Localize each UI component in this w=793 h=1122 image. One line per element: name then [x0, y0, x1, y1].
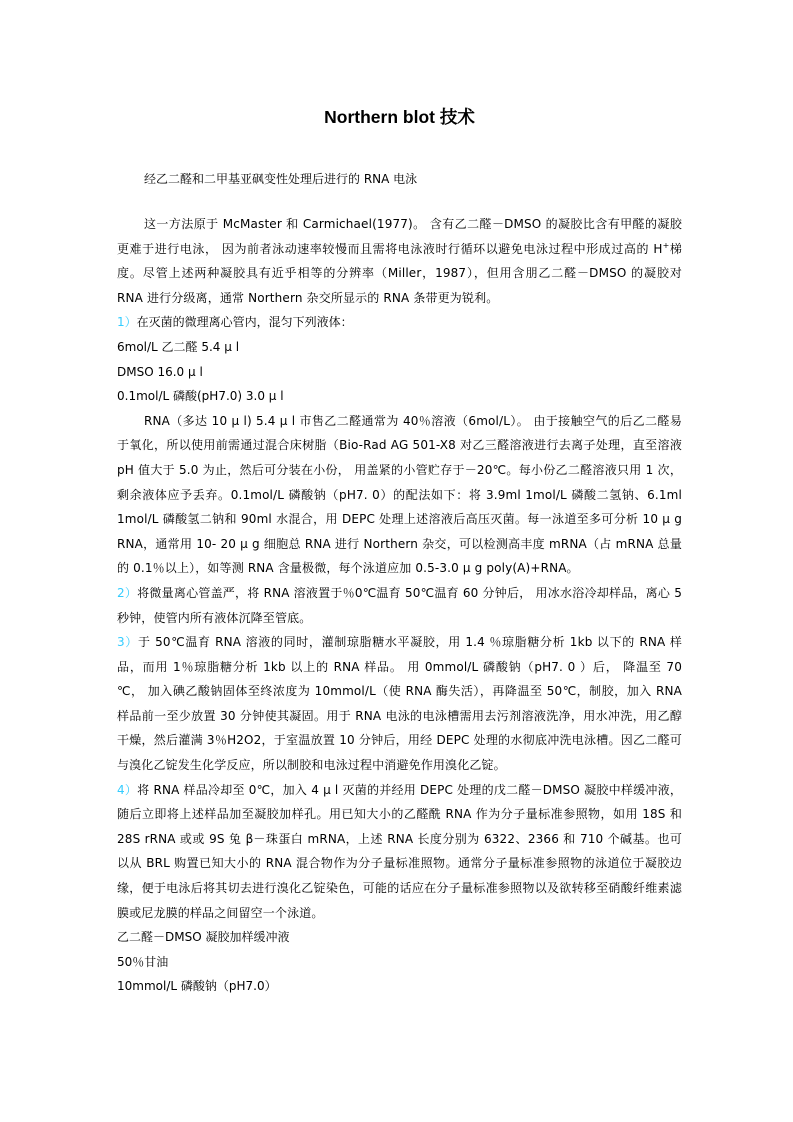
- reagent-line: 6mol/L 乙二醛 5.4 μ l: [117, 335, 682, 360]
- step-text: 在灭菌的微理离心管内，混匀下列液体：: [137, 315, 353, 329]
- step-text: 将 RNA 样品冷却至 0℃，加入 4 μ l 灭菌的并经用 DEPC 处理的戊…: [117, 783, 682, 920]
- intro-paragraph: 这一方法原于 McMaster 和 Carmichael(1977)。 含有乙二…: [117, 212, 682, 310]
- step-1-note: RNA（多达 10 μ l) 5.4 μ l 市售乙二醛通常为 40％溶液（6m…: [117, 409, 682, 581]
- buffer-item: 50％甘油: [117, 950, 682, 975]
- step-text: 将微量离心管盖严，将 RNA 溶液置于％0℃温育 50℃温育 60 分钟后， 用…: [117, 586, 682, 625]
- step-marker: 4）: [117, 783, 137, 797]
- step-marker: 2）: [117, 586, 137, 600]
- reagent-line: DMSO 16.0 μ l: [117, 360, 682, 385]
- step-1: 1）在灭菌的微理离心管内，混匀下列液体：: [117, 310, 682, 335]
- buffer-item: 10mmol/L 磷酸钠（pH7.0）: [117, 974, 682, 999]
- step-text: 于 50℃温育 RNA 溶液的同时，灌制琼脂糖水平凝胶，用 1.4 ％琼脂糖分析…: [117, 635, 682, 772]
- step-2: 2）将微量离心管盖严，将 RNA 溶液置于％0℃温育 50℃温育 60 分钟后，…: [117, 581, 682, 630]
- document-title: Northern blot 技术: [117, 104, 682, 129]
- document-body: 这一方法原于 McMaster 和 Carmichael(1977)。 含有乙二…: [117, 212, 682, 999]
- reagent-line: 0.1mol/L 磷酸(pH7.0) 3.0 μ l: [117, 384, 682, 409]
- buffer-title: 乙二醛－DMSO 凝胶加样缓冲液: [117, 925, 682, 950]
- step-marker: 1）: [117, 315, 137, 329]
- section-subtitle: 经乙二醛和二甲基亚砜变性处理后进行的 RNA 电泳: [144, 170, 417, 187]
- step-3: 3）于 50℃温育 RNA 溶液的同时，灌制琼脂糖水平凝胶，用 1.4 ％琼脂糖…: [117, 630, 682, 778]
- step-4: 4）将 RNA 样品冷却至 0℃，加入 4 μ l 灭菌的并经用 DEPC 处理…: [117, 778, 682, 926]
- intro-text-a: 这一方法原于 McMaster 和 Carmichael(1977)。 含有乙二…: [117, 217, 682, 256]
- step-marker: 3）: [117, 635, 138, 649]
